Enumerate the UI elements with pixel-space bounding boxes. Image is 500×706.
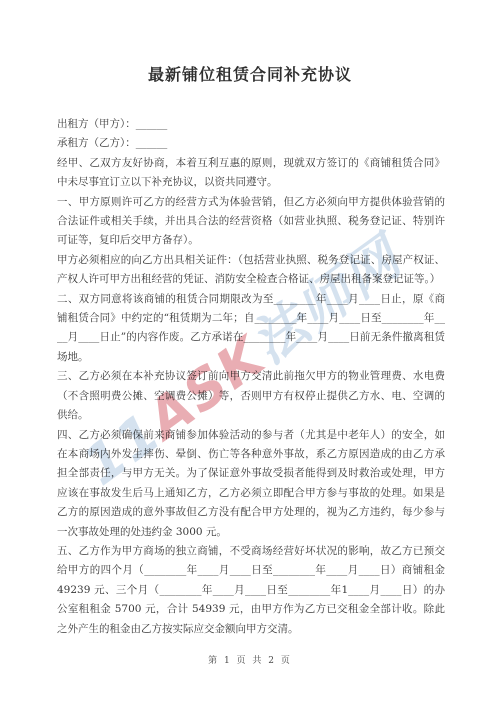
clause-5-paragraph: 五、乙方作为甲方商场的独立商铺，不受商场经营好坏状况的影响，故乙方已预交给甲方的… (57, 542, 445, 639)
preamble-paragraph: 经甲、乙双方友好协商，本着互利互惠的原则，现就双方签订的《商铺租赁合同》中未尽事… (57, 154, 445, 193)
document-title: 最新铺位租赁合同补充协议 (0, 64, 500, 86)
lessee-line: 承租方（乙方）：______ (57, 134, 445, 153)
page-number-footer: 第 1 页 共 2 页 (0, 653, 500, 666)
lessor-line: 出租方（甲方）：______ (57, 115, 445, 134)
clause-1b-paragraph: 甲方必须相应的向乙方出具相关证件：（包括营业执照、税务登记证、房屋产权证、产权人… (57, 251, 445, 290)
document-page: 11ASK法师网 最新铺位租赁合同补充协议 出租方（甲方）：______ 承租方… (0, 0, 500, 706)
clause-4-paragraph: 四、乙方必须确保前来商铺参加体验活动的参与者（尤其是中老年人）的安全，如在本商场… (57, 426, 445, 542)
document-body: 出租方（甲方）：______ 承租方（乙方）：______ 经甲、乙双方友好协商… (57, 115, 445, 639)
clause-1-paragraph: 一、甲方原则许可乙方的经营方式为体验营销，但乙方必须向甲方提供体验营销的合法证件… (57, 193, 445, 251)
clause-2-paragraph: 二、双方同意将该商铺的租赁合同期限改为至________年____月____日止… (57, 290, 445, 368)
clause-3-paragraph: 三、乙方必须在本补充协议签订前向甲方交清此前拖欠甲方的物业管理费、水电费（不含照… (57, 367, 445, 425)
